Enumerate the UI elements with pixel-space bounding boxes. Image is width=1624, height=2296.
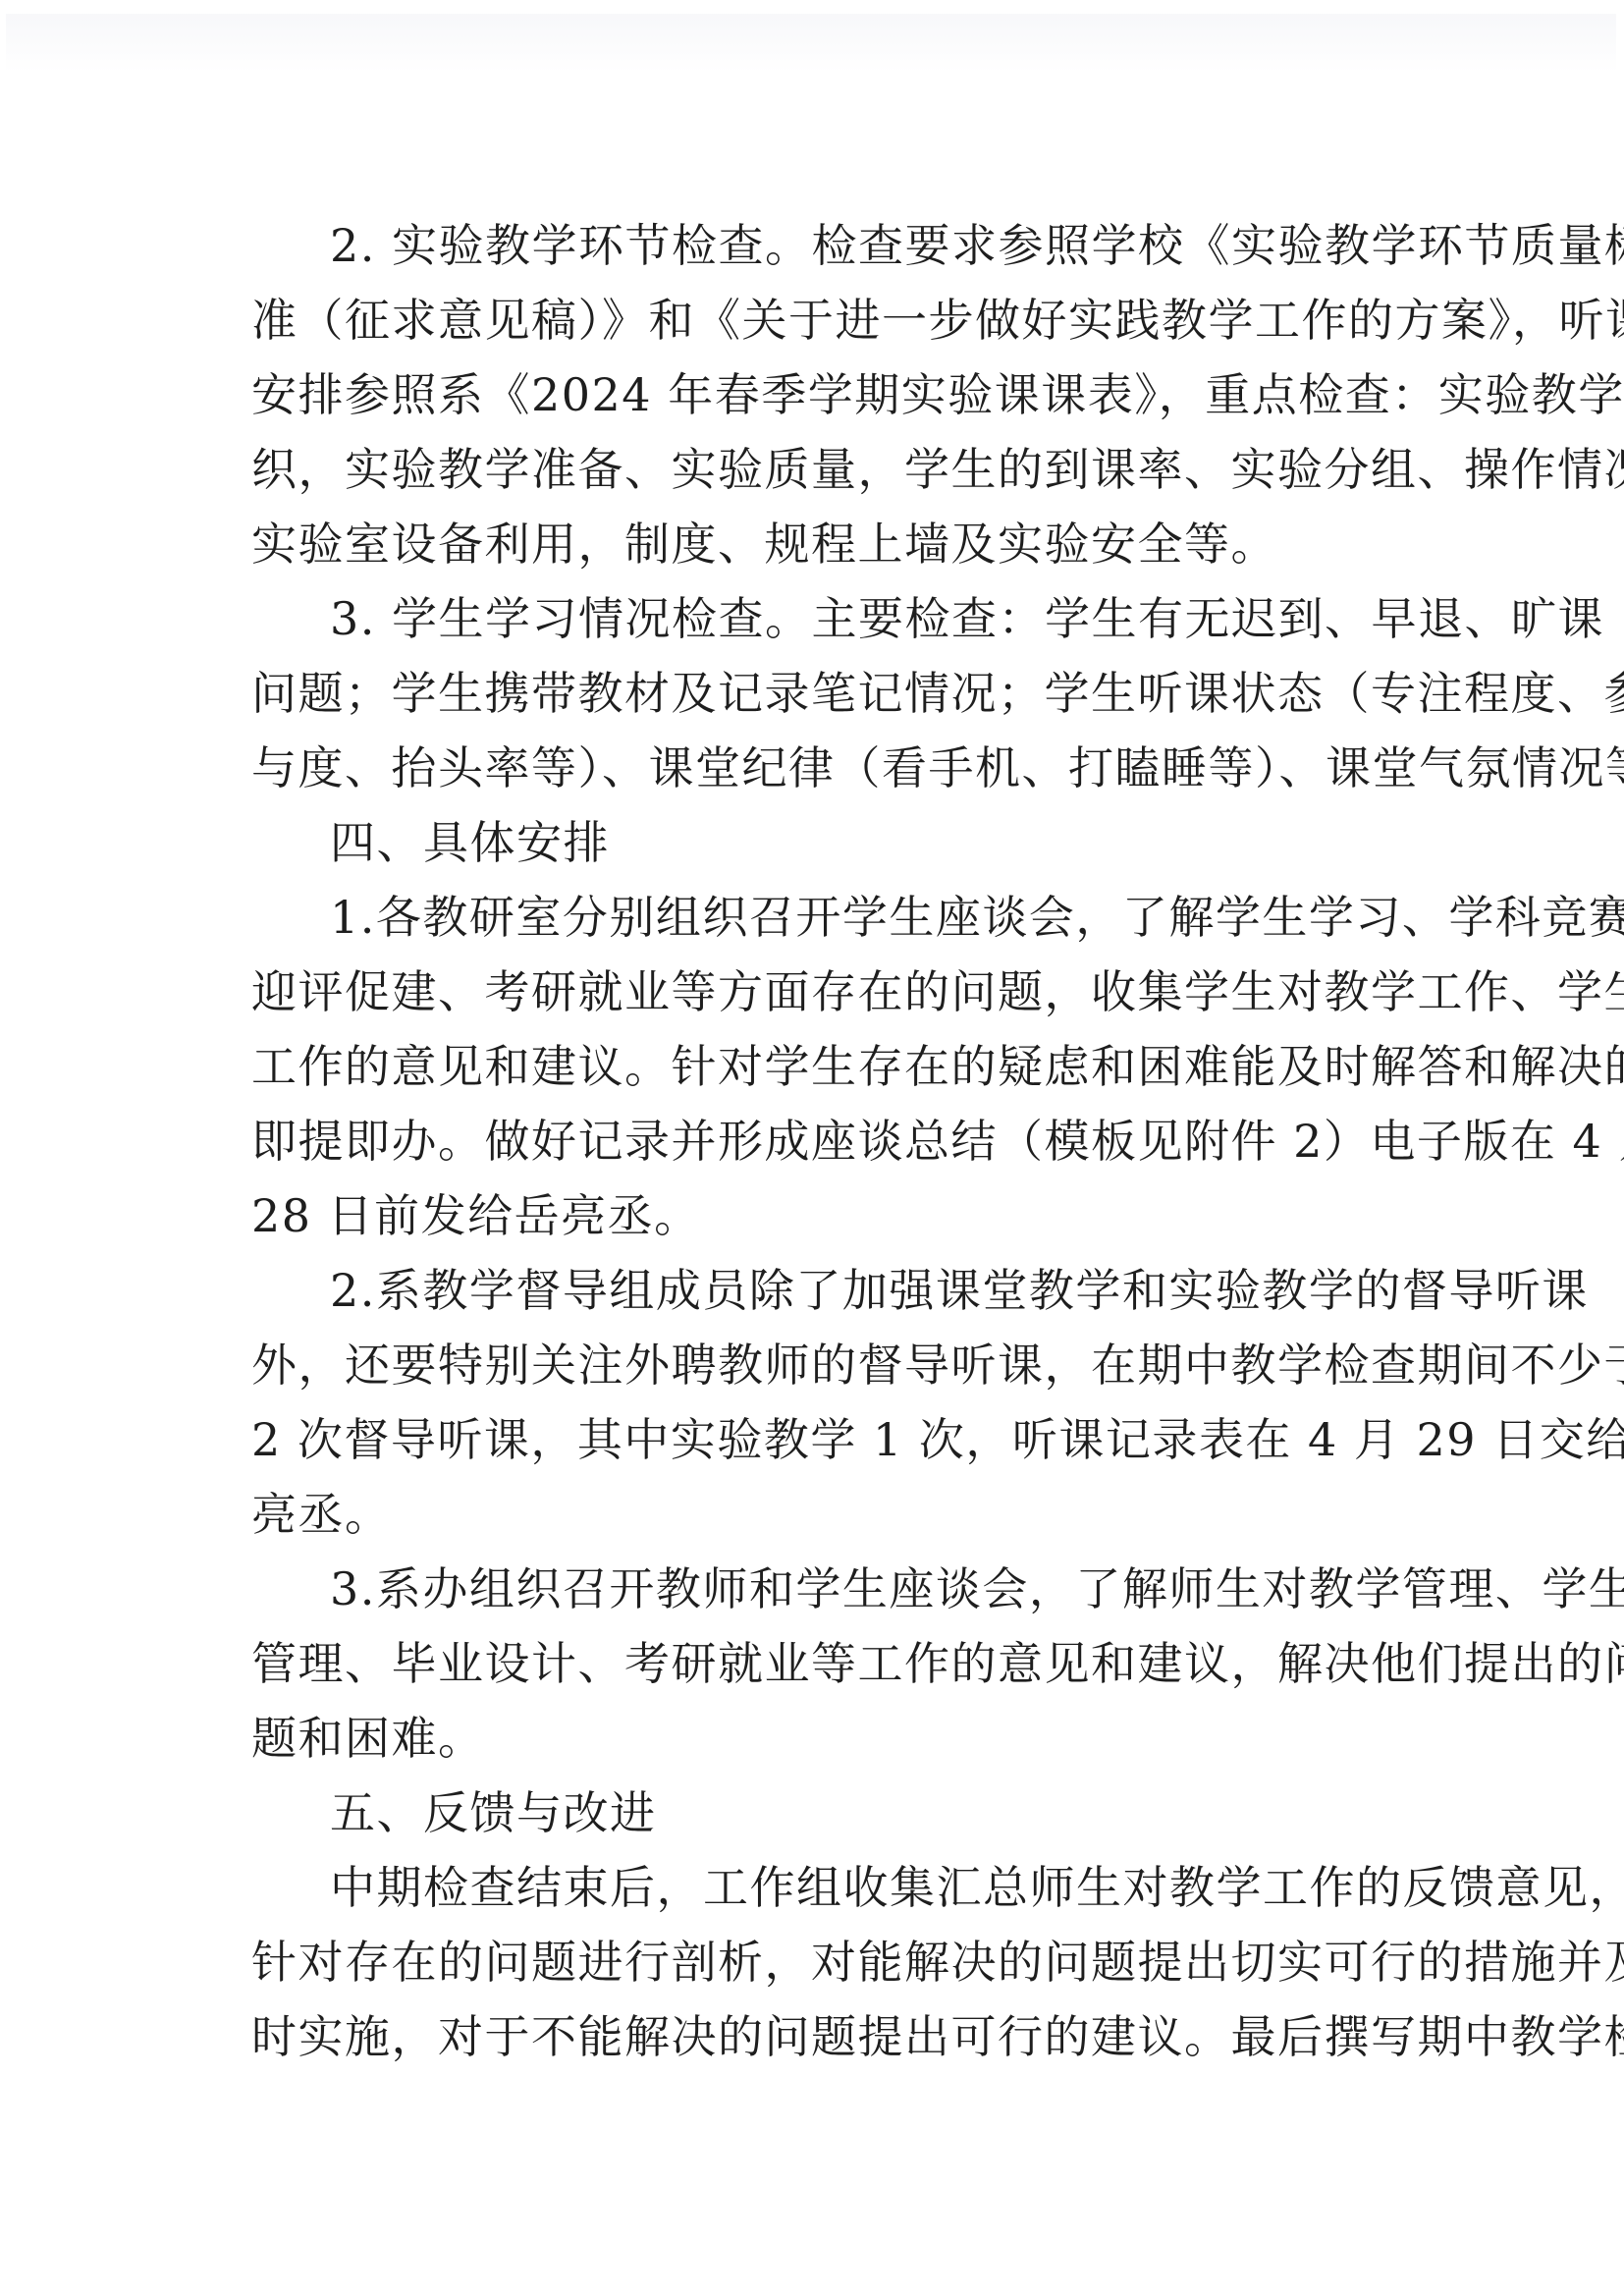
paragraph-line: 针对存在的问题进行剖析，对能解决的问题提出切实可行的措施并及 — [251, 1925, 1386, 1999]
paragraph-line: 2.系教学督导组成员除了加强课堂教学和实验教学的督导听课 — [251, 1253, 1386, 1328]
paragraph-feedback-body: 中期检查结束后，工作组收集汇总师生对教学工作的反馈意见， 针对存在的问题进行剖析… — [251, 1850, 1386, 2074]
paragraph-line: 28 日前发给岳亮丞。 — [251, 1178, 1386, 1253]
paragraph-line: 亮丞。 — [251, 1477, 1386, 1552]
section-heading-specific-arrangements: 四、具体安排 — [251, 805, 1386, 880]
paragraph-line: 3.系办组织召开教师和学生座谈会，了解师生对教学管理、学生 — [251, 1552, 1386, 1626]
paragraph-lab-teaching-check: 2. 实验教学环节检查。检查要求参照学校《实验教学环节质量标 准（征求意见稿）》… — [251, 208, 1386, 581]
section-heading-feedback-improvement: 五、反馈与改进 — [251, 1776, 1386, 1850]
paragraph-line: 工作的意见和建议。针对学生存在的疑虑和困难能及时解答和解决的 — [251, 1029, 1386, 1104]
paragraph-line: 与度、抬头率等）、课堂纪律（看手机、打瞌睡等）、课堂气氛情况等。 — [251, 731, 1386, 805]
paragraph-line: 安排参照系《2024 年春季学期实验课课表》，重点检查：实验教学组 — [251, 357, 1386, 432]
paragraph-line: 题和困难。 — [251, 1701, 1386, 1776]
paragraph-line: 外，还要特别关注外聘教师的督导听课，在期中教学检查期间不少于 — [251, 1328, 1386, 1402]
paragraph-line: 实验室设备利用，制度、规程上墙及实验安全等。 — [251, 507, 1386, 581]
scan-edge — [6, 14, 1616, 73]
paragraph-line: 织，实验教学准备、实验质量，学生的到课率、实验分组、操作情况， — [251, 432, 1386, 507]
paragraph-line: 问题；学生携带教材及记录笔记情况；学生听课状态（专注程度、参 — [251, 656, 1386, 731]
paragraph-line: 中期检查结束后，工作组收集汇总师生对教学工作的反馈意见， — [251, 1850, 1386, 1925]
paragraph-department-office-forums: 3.系办组织召开教师和学生座谈会，了解师生对教学管理、学生 管理、毕业设计、考研… — [251, 1552, 1386, 1776]
paragraph-line: 2 次督导听课，其中实验教学 1 次，听课记录表在 4 月 29 日交给岳 — [251, 1402, 1386, 1477]
paragraph-supervision-group: 2.系教学督导组成员除了加强课堂教学和实验教学的督导听课 外，还要特别关注外聘教… — [251, 1253, 1386, 1552]
paragraph-line: 3. 学生学习情况检查。主要检查：学生有无迟到、早退、旷课 — [251, 581, 1386, 656]
document-page: 2. 实验教学环节检查。检查要求参照学校《实验教学环节质量标 准（征求意见稿）》… — [251, 208, 1386, 2074]
paragraph-student-learning-check: 3. 学生学习情况检查。主要检查：学生有无迟到、早退、旷课 问题；学生携带教材及… — [251, 581, 1386, 805]
paragraph-line: 管理、毕业设计、考研就业等工作的意见和建议，解决他们提出的问 — [251, 1626, 1386, 1701]
paragraph-line: 2. 实验教学环节检查。检查要求参照学校《实验教学环节质量标 — [251, 208, 1386, 283]
paragraph-teaching-office-forums: 1.各教研室分别组织召开学生座谈会，了解学生学习、学科竞赛、 迎评促建、考研就业… — [251, 880, 1386, 1253]
paragraph-line: 准（征求意见稿）》和《关于进一步做好实践教学工作的方案》，听课 — [251, 283, 1386, 357]
paragraph-line: 迎评促建、考研就业等方面存在的问题，收集学生对教学工作、学生 — [251, 955, 1386, 1029]
paragraph-line: 时实施，对于不能解决的问题提出可行的建议。最后撰写期中教学检 — [251, 1999, 1386, 2074]
paragraph-line: 1.各教研室分别组织召开学生座谈会，了解学生学习、学科竞赛、 — [251, 880, 1386, 955]
paragraph-line: 即提即办。做好记录并形成座谈总结（模板见附件 2）电子版在 4 月 — [251, 1104, 1386, 1178]
